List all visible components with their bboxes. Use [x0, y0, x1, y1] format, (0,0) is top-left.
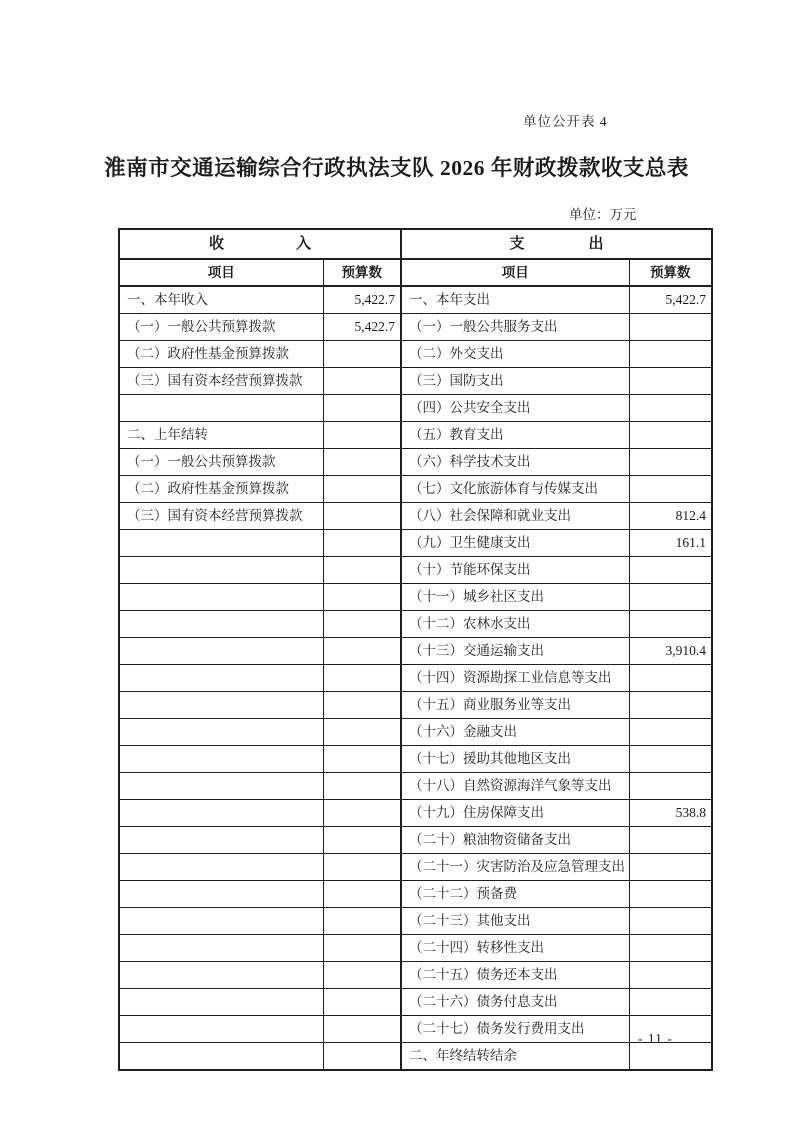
income-value-cell — [323, 530, 401, 557]
income-item-cell — [119, 908, 323, 935]
income-item-cell — [119, 773, 323, 800]
table-row: （二十四）转移性支出 — [119, 935, 712, 962]
income-item-cell — [119, 989, 323, 1016]
income-item-header: 项目 — [119, 259, 323, 286]
expense-item-cell: （二十六）债务付息支出 — [401, 989, 629, 1016]
income-value-cell — [323, 881, 401, 908]
budget-table: 收 入 支 出 项目 预算数 项目 预算数 一、本年收入5,422.7一、本年支… — [118, 228, 713, 1071]
income-item-cell: （一）一般公共预算拨款 — [119, 314, 323, 341]
expense-item-header: 项目 — [401, 259, 629, 286]
table-row: （二十）粮油物资储备支出 — [119, 827, 712, 854]
table-row: （二十三）其他支出 — [119, 908, 712, 935]
expense-item-cell: （十二）农林水支出 — [401, 611, 629, 638]
expense-header-char: 支 — [509, 231, 524, 257]
section-header-row: 收 入 支 出 — [119, 229, 712, 259]
expense-item-cell: （十三）交通运输支出 — [401, 638, 629, 665]
income-item-cell — [119, 665, 323, 692]
income-item-cell — [119, 638, 323, 665]
expense-value-cell — [629, 962, 712, 989]
income-value-cell — [323, 800, 401, 827]
expense-value-cell — [629, 422, 712, 449]
unit-note: 单位：万元 — [569, 203, 637, 223]
table-row: （二十一）灾害防治及应急管理支出 — [119, 854, 712, 881]
table-row: （二十二）预备费 — [119, 881, 712, 908]
income-value-cell — [323, 827, 401, 854]
expense-item-cell: （七）文化旅游体育与传媒支出 — [401, 476, 629, 503]
expense-value-cell — [629, 854, 712, 881]
expense-item-cell: （十四）资源勘探工业信息等支出 — [401, 665, 629, 692]
page-number: - 11 - — [638, 1031, 673, 1047]
table-row: （二）政府性基金预算拨款（二）外交支出 — [119, 341, 712, 368]
table-row: （一）一般公共预算拨款（六）科学技术支出 — [119, 449, 712, 476]
income-value-cell — [323, 935, 401, 962]
expense-item-cell: （八）社会保障和就业支出 — [401, 503, 629, 530]
income-item-cell — [119, 584, 323, 611]
income-budget-header: 预算数 — [323, 259, 401, 286]
income-value-cell — [323, 449, 401, 476]
income-item-cell — [119, 827, 323, 854]
expense-value-cell — [629, 989, 712, 1016]
income-item-cell — [119, 746, 323, 773]
doc-label: 单位公开表 4 — [523, 110, 608, 130]
table-row: （二十五）债务还本支出 — [119, 962, 712, 989]
expense-value-cell — [629, 395, 712, 422]
table-row: （二十七）债务发行费用支出 — [119, 1016, 712, 1043]
table-row: （十九）住房保障支出538.8 — [119, 800, 712, 827]
expense-value-cell — [629, 746, 712, 773]
expense-item-cell: （二十一）灾害防治及应急管理支出 — [401, 854, 629, 881]
income-item-cell: （一）一般公共预算拨款 — [119, 449, 323, 476]
income-value-cell — [323, 1043, 401, 1071]
expense-value-cell: 538.8 — [629, 800, 712, 827]
table-row: 二、上年结转（五）教育支出 — [119, 422, 712, 449]
expense-value-cell — [629, 908, 712, 935]
expense-budget-header: 预算数 — [629, 259, 712, 286]
table-row: （三）国有资本经营预算拨款（三）国防支出 — [119, 368, 712, 395]
income-item-cell — [119, 935, 323, 962]
table-row: （二十六）债务付息支出 — [119, 989, 712, 1016]
expense-value-cell — [629, 341, 712, 368]
expense-item-cell: （九）卫生健康支出 — [401, 530, 629, 557]
table-row: （二）政府性基金预算拨款（七）文化旅游体育与传媒支出 — [119, 476, 712, 503]
income-item-cell: 二、上年结转 — [119, 422, 323, 449]
income-item-cell — [119, 557, 323, 584]
income-value-cell — [323, 692, 401, 719]
income-value-cell — [323, 422, 401, 449]
expense-value-cell — [629, 314, 712, 341]
expense-value-cell — [629, 935, 712, 962]
income-header-char: 入 — [296, 231, 311, 257]
income-item-cell — [119, 611, 323, 638]
expense-value-cell — [629, 449, 712, 476]
expense-item-cell: （三）国防支出 — [401, 368, 629, 395]
income-item-cell: （三）国有资本经营预算拨款 — [119, 503, 323, 530]
income-value-cell — [323, 638, 401, 665]
income-item-cell — [119, 962, 323, 989]
table-row: （九）卫生健康支出161.1 — [119, 530, 712, 557]
income-value-cell — [323, 503, 401, 530]
expense-value-cell — [629, 665, 712, 692]
expense-value-cell — [629, 476, 712, 503]
table-row: （一）一般公共预算拨款5,422.7（一）一般公共服务支出 — [119, 314, 712, 341]
income-value-cell — [323, 746, 401, 773]
income-value-cell — [323, 611, 401, 638]
expense-value-cell — [629, 368, 712, 395]
expense-item-cell: （六）科学技术支出 — [401, 449, 629, 476]
income-value-cell: 5,422.7 — [323, 286, 401, 314]
expense-item-cell: （二）外交支出 — [401, 341, 629, 368]
table-row: 二、年终结转结余 — [119, 1043, 712, 1071]
expense-section-header: 支 出 — [401, 229, 712, 259]
table-row: （十）节能环保支出 — [119, 557, 712, 584]
table-row: （四）公共安全支出 — [119, 395, 712, 422]
expense-item-cell: （二十五）债务还本支出 — [401, 962, 629, 989]
income-item-cell: 一、本年收入 — [119, 286, 323, 314]
income-item-cell — [119, 1016, 323, 1043]
income-value-cell — [323, 989, 401, 1016]
expense-item-cell: （四）公共安全支出 — [401, 395, 629, 422]
page-title: 淮南市交通运输综合行政执法支队 2026 年财政拨款收支总表 — [0, 151, 793, 182]
expense-item-cell: （二十七）债务发行费用支出 — [401, 1016, 629, 1043]
expense-item-cell: （十）节能环保支出 — [401, 557, 629, 584]
income-item-cell: （三）国有资本经营预算拨款 — [119, 368, 323, 395]
expense-item-cell: （十九）住房保障支出 — [401, 800, 629, 827]
table-row: （三）国有资本经营预算拨款（八）社会保障和就业支出812.4 — [119, 503, 712, 530]
expense-value-cell: 812.4 — [629, 503, 712, 530]
income-item-cell: （二）政府性基金预算拨款 — [119, 341, 323, 368]
table-row: （十三）交通运输支出3,910.4 — [119, 638, 712, 665]
income-value-cell — [323, 368, 401, 395]
income-value-cell — [323, 854, 401, 881]
income-value-cell — [323, 584, 401, 611]
expense-value-cell: 3,910.4 — [629, 638, 712, 665]
table-row: （十六）金融支出 — [119, 719, 712, 746]
income-item-cell — [119, 1043, 323, 1071]
expense-header-char: 出 — [589, 231, 604, 257]
income-header-char: 收 — [209, 231, 224, 257]
column-header-row: 项目 预算数 项目 预算数 — [119, 259, 712, 286]
expense-value-cell — [629, 881, 712, 908]
income-item-cell — [119, 800, 323, 827]
expense-item-cell: （十七）援助其他地区支出 — [401, 746, 629, 773]
expense-item-cell: （五）教育支出 — [401, 422, 629, 449]
expense-value-cell: 161.1 — [629, 530, 712, 557]
income-item-cell — [119, 881, 323, 908]
income-item-cell: （二）政府性基金预算拨款 — [119, 476, 323, 503]
income-section-header: 收 入 — [119, 229, 401, 259]
expense-item-cell: （二十二）预备费 — [401, 881, 629, 908]
table-row: （十八）自然资源海洋气象等支出 — [119, 773, 712, 800]
table-row: 一、本年收入5,422.7一、本年支出5,422.7 — [119, 286, 712, 314]
table-row: （十五）商业服务业等支出 — [119, 692, 712, 719]
income-value-cell — [323, 341, 401, 368]
income-value-cell — [323, 1016, 401, 1043]
income-value-cell: 5,422.7 — [323, 314, 401, 341]
income-value-cell — [323, 908, 401, 935]
table-row: （十七）援助其他地区支出 — [119, 746, 712, 773]
income-value-cell — [323, 665, 401, 692]
expense-item-cell: （十五）商业服务业等支出 — [401, 692, 629, 719]
expense-value-cell — [629, 692, 712, 719]
table-row: （十一）城乡社区支出 — [119, 584, 712, 611]
income-value-cell — [323, 962, 401, 989]
income-item-cell — [119, 395, 323, 422]
income-value-cell — [323, 476, 401, 503]
income-item-cell — [119, 854, 323, 881]
expense-item-cell: （十六）金融支出 — [401, 719, 629, 746]
income-value-cell — [323, 719, 401, 746]
income-value-cell — [323, 395, 401, 422]
expense-item-cell: （十八）自然资源海洋气象等支出 — [401, 773, 629, 800]
income-item-cell — [119, 719, 323, 746]
expense-value-cell — [629, 557, 712, 584]
expense-item-cell: 一、本年支出 — [401, 286, 629, 314]
income-item-cell — [119, 692, 323, 719]
expense-item-cell: （二十）粮油物资储备支出 — [401, 827, 629, 854]
expense-item-cell: （二十四）转移性支出 — [401, 935, 629, 962]
expense-value-cell — [629, 584, 712, 611]
expense-value-cell — [629, 827, 712, 854]
income-value-cell — [323, 557, 401, 584]
expense-value-cell — [629, 719, 712, 746]
table-row: （十二）农林水支出 — [119, 611, 712, 638]
document-page: { "page": { "doc_label": "单位公开表 4", "tit… — [0, 0, 793, 1122]
expense-value-cell — [629, 611, 712, 638]
expense-item-cell: （十一）城乡社区支出 — [401, 584, 629, 611]
expense-item-cell: （二十三）其他支出 — [401, 908, 629, 935]
income-value-cell — [323, 773, 401, 800]
expense-value-cell — [629, 773, 712, 800]
table-row: （十四）资源勘探工业信息等支出 — [119, 665, 712, 692]
expense-item-cell: （一）一般公共服务支出 — [401, 314, 629, 341]
income-item-cell — [119, 530, 323, 557]
expense-value-cell: 5,422.7 — [629, 286, 712, 314]
expense-item-cell: 二、年终结转结余 — [401, 1043, 629, 1071]
budget-table-body: 收 入 支 出 项目 预算数 项目 预算数 一、本年收入5,422.7一、本年支… — [119, 229, 712, 1070]
